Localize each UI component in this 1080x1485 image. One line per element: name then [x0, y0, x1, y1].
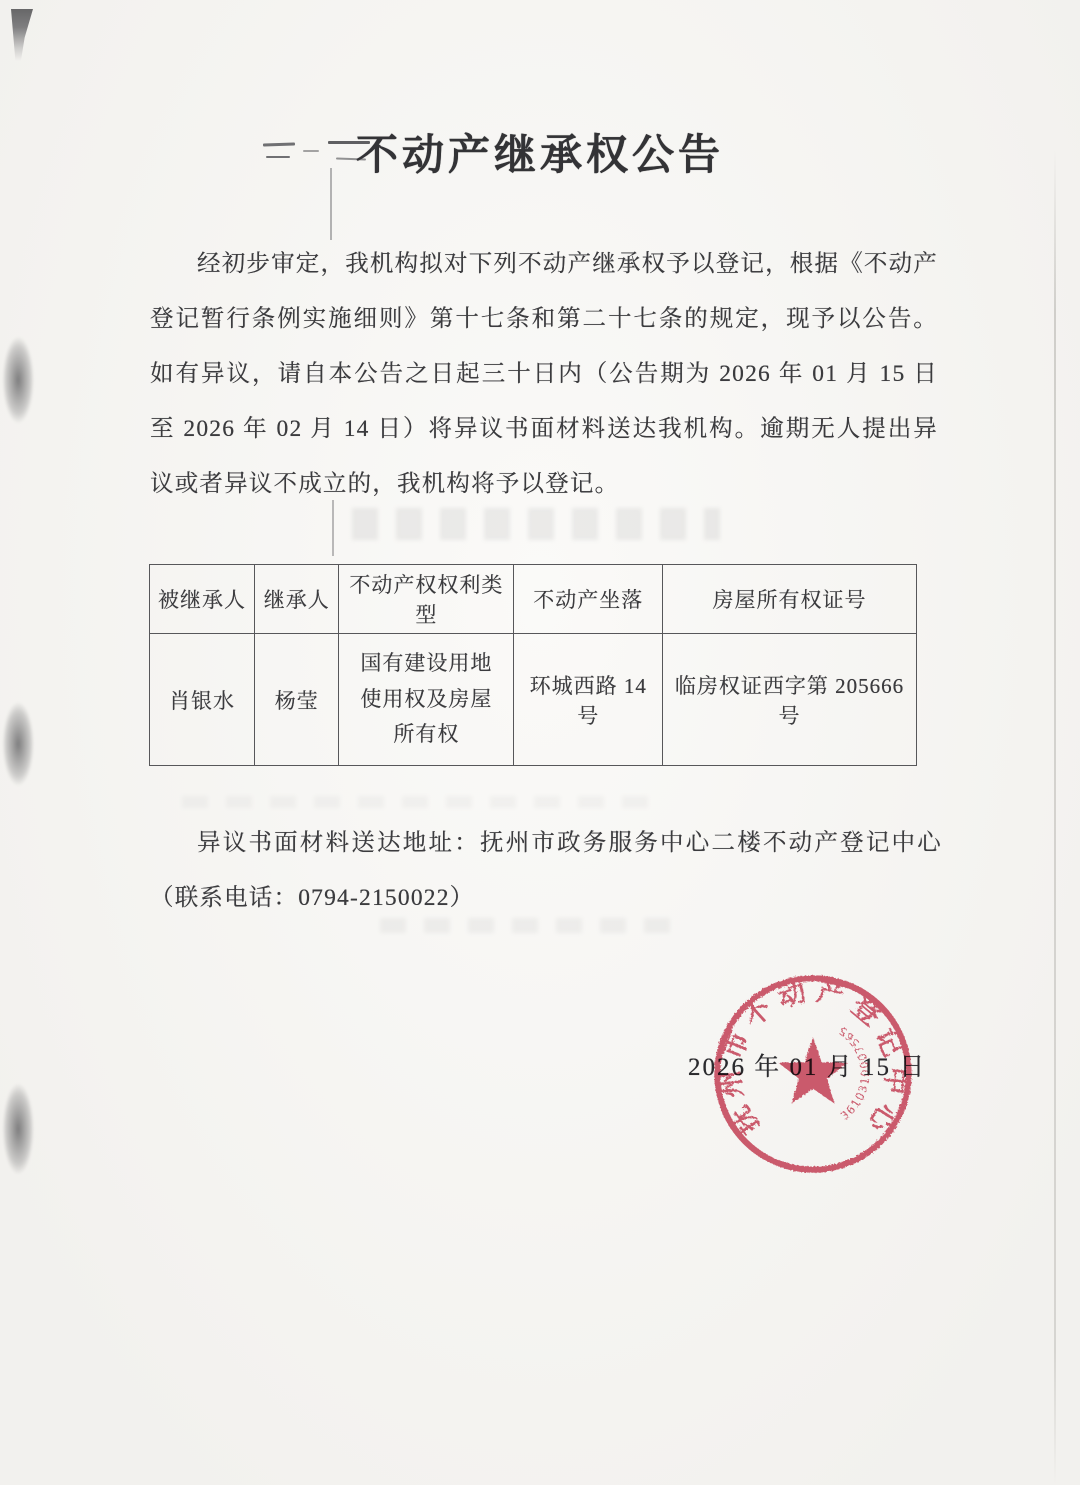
cell-location: 环城西路 14 号 [514, 634, 663, 766]
cell-cert-no: 临房权证西字第 205666 号 [663, 634, 917, 766]
table-header-row: 被继承人 继承人 不动产权权利类型 不动产坐落 房屋所有权证号 [150, 565, 917, 634]
col-header-heir: 继承人 [255, 565, 339, 634]
scan-corner-mark [11, 9, 33, 61]
issue-date: 2026 年 01 月 15 日 [688, 1047, 928, 1083]
scan-smudge [0, 322, 48, 438]
page-title: 不动产继承权公告 [0, 122, 1080, 182]
cell-decedent: 肖银水 [150, 634, 255, 766]
scanned-notice-page: 不动产继承权公告 经初步审定，我机构拟对下列不动产继承权予以登记，根据《不动产登… [0, 0, 1080, 1485]
scan-smudge [0, 1068, 48, 1190]
bleed-through-text [352, 508, 720, 540]
objection-address-paragraph: 异议书面材料送达地址：抚州市政务服务中心二楼不动产登记中心（联系电话：0794-… [150, 816, 942, 926]
inheritance-table: 被继承人 继承人 不动产权权利类型 不动产坐落 房屋所有权证号 肖银水 杨莹 国… [149, 564, 917, 766]
col-header-cert-no: 房屋所有权证号 [663, 565, 917, 634]
cell-right-type: 国有建设用地使用权及房屋所有权 [339, 634, 514, 766]
notice-body-paragraph: 经初步审定，我机构拟对下列不动产继承权予以登记，根据《不动产登记暂行条例实施细则… [150, 237, 938, 512]
cell-heir: 杨莹 [255, 634, 339, 766]
col-header-right-type: 不动产权权利类型 [339, 565, 514, 634]
scan-edge-line [1054, 150, 1056, 1485]
table-row: 肖银水 杨莹 国有建设用地使用权及房屋所有权 环城西路 14 号 临房权证西字第… [150, 634, 917, 766]
scan-smudge [0, 688, 48, 800]
col-header-decedent: 被继承人 [150, 565, 255, 634]
bleed-through-text [182, 796, 652, 808]
col-header-location: 不动产坐落 [514, 565, 663, 634]
